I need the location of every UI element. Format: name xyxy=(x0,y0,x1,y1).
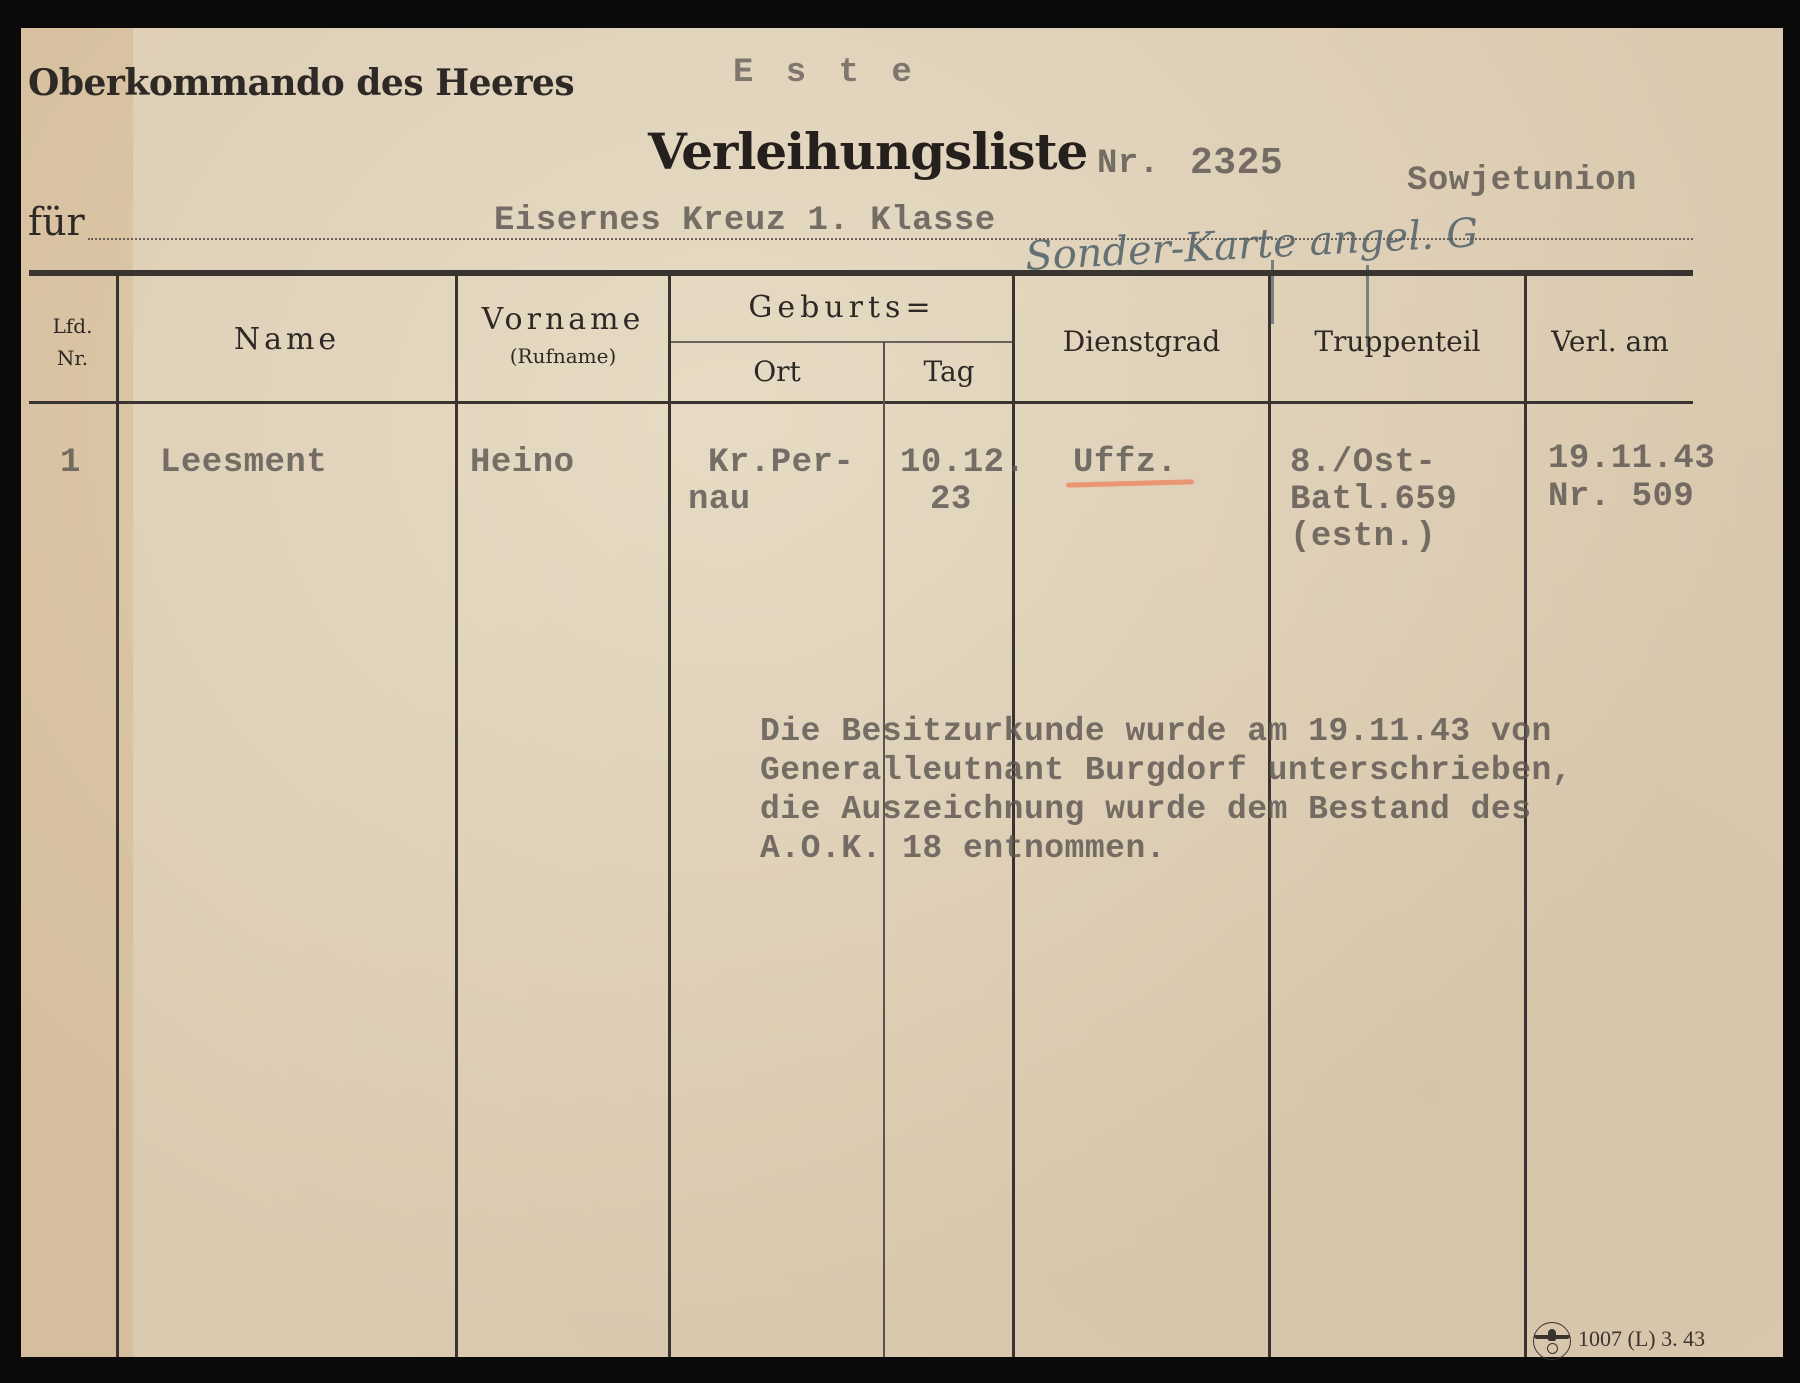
eagle-emblem-icon xyxy=(1533,1322,1571,1360)
col-line-3 xyxy=(668,276,671,1357)
for-label: für xyxy=(28,200,85,244)
cell-vorname: Heino xyxy=(470,444,575,482)
cell-tag-line2: 23 xyxy=(930,481,972,519)
cell-ort-line1: Kr.Per- xyxy=(708,444,854,482)
header-nr: Nr. xyxy=(29,342,116,374)
cell-verl-am-line2: Nr. 509 xyxy=(1548,478,1694,516)
cell-ort-line2: nau xyxy=(688,481,751,519)
remark-line-2: Generalleutnant Burgdorf unterschrieben, xyxy=(760,751,1572,790)
cell-truppenteil-line2: Batl.659 xyxy=(1290,481,1457,519)
header-vorname: Vorname xyxy=(458,302,668,337)
col-line-2 xyxy=(455,276,458,1357)
geburts-sub-rule xyxy=(669,341,1013,343)
cell-truppenteil-line3: (estn.) xyxy=(1290,518,1436,556)
header-name: Name xyxy=(119,322,455,357)
remark-block: Die Besitzurkunde wurde am 19.11.43 von … xyxy=(760,712,1572,868)
theater-label: Sowjetunion xyxy=(1407,162,1637,200)
remark-line-3: die Auszeichnung wurde dem Bestand des xyxy=(760,790,1572,829)
award-name: Eisernes Kreuz 1. Klasse xyxy=(494,202,996,240)
list-number-label: Nr. xyxy=(1097,145,1160,183)
header-ort: Ort xyxy=(671,355,883,388)
header-lfd-nr: Lfd. Nr. xyxy=(29,310,116,374)
header-lfd: Lfd. xyxy=(29,310,116,342)
list-number-value: 2325 xyxy=(1190,142,1283,185)
header-truppenteil: Truppenteil xyxy=(1271,325,1524,358)
issuer-heading: Oberkommando des Heeres xyxy=(28,62,574,104)
header-dienstgrad: Dienstgrad xyxy=(1015,325,1268,358)
col-line-1 xyxy=(116,276,119,1357)
header-rufname: (Rufname) xyxy=(458,344,668,368)
table-header-rule xyxy=(29,401,1693,404)
header-geburts: Geburts= xyxy=(671,290,1013,325)
page-title: Verleihungsliste xyxy=(648,122,1087,181)
remark-line-4: A.O.K. 18 entnommen. xyxy=(760,829,1572,868)
stamp-este: E s t e xyxy=(733,54,918,92)
cell-lfd-nr: 1 xyxy=(60,444,81,482)
cell-verl-am-line1: 19.11.43 xyxy=(1548,440,1715,478)
cell-tag-line1: 10.12. xyxy=(900,444,1025,482)
cell-name: Leesment xyxy=(160,444,327,482)
remark-line-1: Die Besitzurkunde wurde am 19.11.43 von xyxy=(760,712,1572,751)
cell-truppenteil-line1: 8./Ost- xyxy=(1290,444,1436,482)
header-verl-am: Verl. am xyxy=(1527,325,1693,358)
cell-dienstgrad: Uffz. xyxy=(1073,444,1178,482)
form-code: 1007 (L) 3. 43 xyxy=(1578,1326,1705,1352)
table-top-rule xyxy=(29,270,1693,276)
header-tag: Tag xyxy=(886,355,1012,388)
